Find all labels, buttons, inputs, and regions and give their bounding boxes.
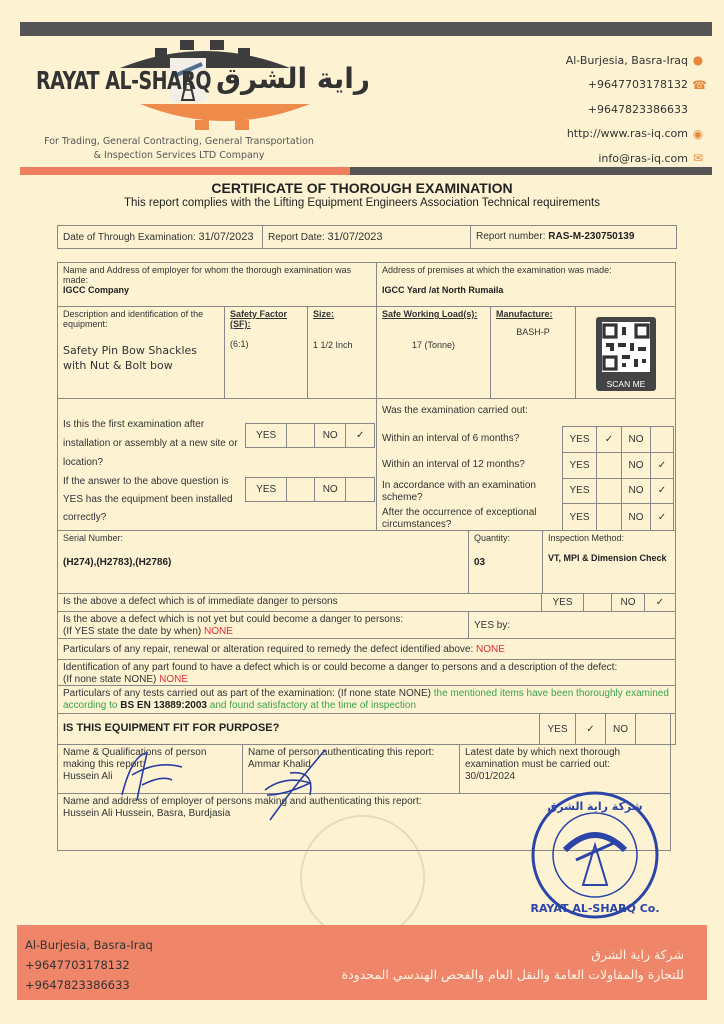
no-checkbox[interactable] [636, 714, 670, 744]
report-date-value: 31/07/2023 [327, 231, 382, 243]
qr-code[interactable]: SCAN ME [596, 317, 656, 391]
no-label: NO [622, 453, 651, 478]
future-danger-label: Is the above a defect which is not yet b… [63, 614, 463, 626]
exam-date-value: 31/07/2023 [198, 231, 253, 243]
tests-row: Particulars of any tests carried out as … [57, 685, 676, 714]
immediate-danger-label: Is the above a defect which is of immedi… [63, 596, 338, 607]
top-bar [20, 22, 712, 36]
report-number-cell: Report number: RAS-M-230750139 [470, 225, 677, 249]
repair-value: NONE [476, 644, 505, 655]
tagline-line-2: & Inspection Services LTD Company [34, 149, 324, 163]
location-pin-icon: ● [692, 54, 704, 66]
footer-phone-2: +9647823386633 [25, 975, 153, 995]
yes-label: YES [246, 478, 287, 501]
repair-row: Particulars of any repair, renewal or al… [57, 638, 676, 660]
qr-code-icon [602, 322, 650, 372]
fitness-label: IS THIS EQUIPMENT FIT FOR PURPOSE? [63, 722, 279, 734]
divider-orange [20, 167, 350, 175]
exam-scheme-row: YES NO ✓ [563, 479, 673, 505]
yes-label: YES [563, 504, 597, 530]
tests-label: Particulars of any tests carried out as … [63, 688, 431, 699]
equipment-desc-value: Safety Pin Bow Shackles with Nut & Bolt … [63, 343, 219, 373]
first-exam-yesno: YES NO ✓ [245, 423, 375, 448]
company-tagline: For Trading, General Contracting, Genera… [34, 135, 324, 163]
exam-date-cell: Date of Through Examination: 31/07/2023 [57, 225, 263, 249]
contact-address: Al-Burjesia, Basra-Iraq● [566, 48, 704, 73]
spacer-icon [692, 103, 704, 115]
interval-12-question: Within an interval of 12 months? [382, 459, 557, 470]
quantity-cell: Quantity: 03 [468, 530, 543, 594]
report-date-cell: Report Date: 31/07/2023 [262, 225, 471, 249]
inspection-method-cell: Inspection Method: VT, MPI & Dimension C… [542, 530, 676, 594]
watermark-seal [300, 815, 425, 940]
equipment-desc-label: Description and identification of the eq… [63, 309, 219, 329]
no-checkbox[interactable]: ✓ [651, 504, 673, 530]
safety-factor-label: Safety Factor (SF): [230, 309, 302, 329]
yes-checkbox[interactable] [597, 479, 622, 504]
employer-label: Name and Address of employer for whom th… [63, 265, 371, 285]
repair-label: Particulars of any repair, renewal or al… [63, 644, 473, 655]
next-exam-value: 30/01/2024 [465, 771, 665, 783]
website-link[interactable]: http://www.ras-iq.com [567, 127, 688, 140]
yes-label: YES [540, 714, 576, 744]
footer-arabic-line-1: شركة راية الشرق [342, 945, 684, 965]
identification-sublabel: (If none state NONE) [63, 674, 156, 685]
footer-address: Al-Burjesia, Basra-Iraq [25, 935, 153, 955]
quantity-value: 03 [474, 557, 537, 568]
serial-label: Serial Number: [63, 533, 463, 543]
footer-contacts: Al-Burjesia, Basra-Iraq +9647703178132 +… [25, 935, 153, 995]
signature-maker-icon [112, 745, 192, 805]
quantity-label: Quantity: [474, 533, 537, 543]
yes-label: YES [563, 453, 597, 478]
manufacture-cell: Manufacture: BASH-P [490, 306, 576, 399]
no-checkbox[interactable]: ✓ [651, 453, 673, 478]
contact-phone-2-text: +9647823386633 [588, 103, 688, 116]
report-date-label: Report Date: [268, 232, 325, 243]
swl-label: Safe Working Load(s): [382, 309, 485, 319]
yes-checkbox[interactable]: ✓ [576, 714, 606, 744]
tests-value-2: and found satisfactory at the time of in… [210, 700, 416, 711]
identification-row: Identification of any part found to have… [57, 659, 676, 686]
no-label: NO [315, 424, 347, 447]
exam-date-label: Date of Through Examination: [63, 232, 196, 243]
yes-label: YES [246, 424, 287, 447]
exam-scheme-question: In accordance with an examination scheme… [382, 480, 557, 504]
contact-phone-2: +9647823386633 [566, 97, 704, 122]
certificate-title: CERTIFICATE OF THOROUGH EXAMINATION [0, 180, 724, 196]
exceptional-row: YES NO ✓ [563, 504, 673, 530]
fitness-yesno: YES ✓ NO [539, 713, 671, 745]
premises-value: IGCC Yard /at North Rumaila [382, 285, 670, 295]
safety-factor-value: (6:1) [230, 339, 302, 349]
contact-website[interactable]: http://www.ras-iq.com◉ [566, 122, 704, 147]
size-label: Size: [313, 309, 371, 319]
no-label: NO [606, 714, 636, 744]
yes-checkbox[interactable] [597, 504, 622, 530]
interval-heading: Was the examination carried out: [382, 405, 528, 416]
yes-label: YES [563, 427, 597, 452]
contact-address-text: Al-Burjesia, Basra-Iraq [566, 54, 688, 67]
yes-checkbox[interactable] [597, 453, 622, 478]
contact-block: Al-Burjesia, Basra-Iraq● +9647703178132☎… [566, 48, 704, 171]
swl-value: 17 (Tonne) [382, 340, 485, 350]
serial-cell: Serial Number: (H274),(H2783),(H2786) [57, 530, 469, 594]
yes-checkbox[interactable]: ✓ [597, 427, 622, 452]
interval-6-question: Within an interval of 6 months? [382, 433, 557, 444]
yes-by-label: YES by: [474, 620, 510, 631]
certificate-subtitle: This report complies with the Lifting Eq… [0, 197, 724, 209]
no-checkbox[interactable] [346, 478, 374, 501]
company-stamp-icon: RAYAT AL-SHARQ Co. شركة راية الشرق [528, 790, 662, 920]
yes-checkbox[interactable] [287, 424, 315, 447]
no-checkbox[interactable]: ✓ [346, 424, 374, 447]
yes-label: YES [563, 479, 597, 504]
equipment-desc-cell: Description and identification of the eq… [57, 306, 225, 399]
qr-scan-label: SCAN ME [596, 379, 656, 389]
size-value: 1 1/2 Inch [313, 340, 371, 350]
company-name-en: RAYAT AL-SHARQ [36, 67, 211, 96]
employer-cell: Name and Address of employer for whom th… [57, 262, 377, 307]
yes-checkbox[interactable] [584, 594, 612, 611]
identification-label: Identification of any part found to have… [63, 662, 670, 674]
contact-phone-1-text: +9647703178132 [588, 78, 688, 91]
yes-by-cell: YES by: [468, 611, 676, 639]
tagline-line-1: For Trading, General Contracting, Genera… [34, 135, 324, 149]
yes-label: YES [542, 594, 584, 611]
footer-arabic-line-2: للتجارة والمقاولات العامة والنقل العام و… [342, 965, 684, 985]
premises-cell: Address of premises at which the examina… [376, 262, 676, 307]
signature-authenticator-icon [255, 745, 345, 825]
tests-standard: BS EN 13889:2003 [120, 700, 207, 711]
yes-checkbox[interactable] [287, 478, 315, 501]
phone-icon: ☎ [692, 79, 704, 91]
no-label: NO [612, 594, 645, 611]
serial-value: (H274),(H2783),(H2786) [63, 557, 463, 568]
first-exam-question: Is this the first examination after inst… [63, 415, 248, 472]
no-checkbox[interactable] [651, 427, 673, 452]
report-number-value: RAS-M-230750139 [548, 231, 634, 242]
interval-6-row: YES ✓ NO [563, 427, 673, 453]
no-checkbox[interactable]: ✓ [645, 594, 675, 611]
next-exam-cell: Latest date by which next thorough exami… [459, 744, 671, 794]
gear-bottom-icon [140, 104, 310, 132]
company-name-ar: راية الشرق [216, 62, 370, 95]
no-label: NO [622, 504, 651, 530]
divider-gray [350, 167, 712, 175]
no-label: NO [622, 427, 651, 452]
employer-value: IGCC Company [63, 285, 371, 295]
manufacture-value: BASH-P [496, 327, 570, 337]
identification-value: NONE [159, 674, 188, 685]
interval-12-row: YES NO ✓ [563, 453, 673, 479]
future-danger-value: NONE [204, 626, 233, 637]
manufacture-label: Manufacture: [496, 309, 570, 319]
inspection-method-value: VT, MPI & Dimension Check [548, 553, 670, 563]
next-exam-label: Latest date by which next thorough exami… [465, 747, 665, 771]
stamp-text-ar: شركة راية الشرق [547, 800, 642, 813]
no-label: NO [315, 478, 347, 501]
report-number-label: Report number: [476, 231, 545, 242]
email-link[interactable]: info@ras-iq.com [598, 152, 688, 165]
future-danger-sublabel: (If YES state the date by when) [63, 626, 201, 637]
premises-label: Address of premises at which the examina… [382, 265, 670, 275]
no-label: NO [622, 479, 651, 504]
envelope-icon: ✉ [692, 152, 704, 164]
installed-correctly-yesno: YES NO [245, 477, 375, 502]
first-exam-block: Is this the first examination after inst… [57, 398, 377, 531]
interval-yesno-grid: YES ✓ NO YES NO ✓ YES NO ✓ YES NO ✓ [562, 426, 674, 531]
immediate-danger-yesno: YES NO ✓ [541, 593, 676, 612]
no-checkbox[interactable]: ✓ [651, 479, 673, 504]
footer-phone-1: +9647703178132 [25, 955, 153, 975]
globe-icon: ◉ [692, 128, 704, 140]
inspection-method-label: Inspection Method: [548, 533, 670, 543]
footer-arabic: شركة راية الشرق للتجارة والمقاولات العام… [342, 945, 684, 985]
future-danger-row: Is the above a defect which is not yet b… [57, 611, 469, 639]
exceptional-question: After the occurrence of exceptional circ… [382, 507, 557, 531]
contact-phone-1: +9647703178132☎ [566, 73, 704, 98]
stamp-text-en: RAYAT AL-SHARQ Co. [530, 902, 659, 915]
safety-factor-cell: Safety Factor (SF): (6:1) [224, 306, 308, 399]
installed-correctly-question: If the answer to the above question is Y… [63, 473, 248, 527]
size-cell: Size: 1 1/2 Inch [307, 306, 377, 399]
swl-cell: Safe Working Load(s): 17 (Tonne) [376, 306, 491, 399]
